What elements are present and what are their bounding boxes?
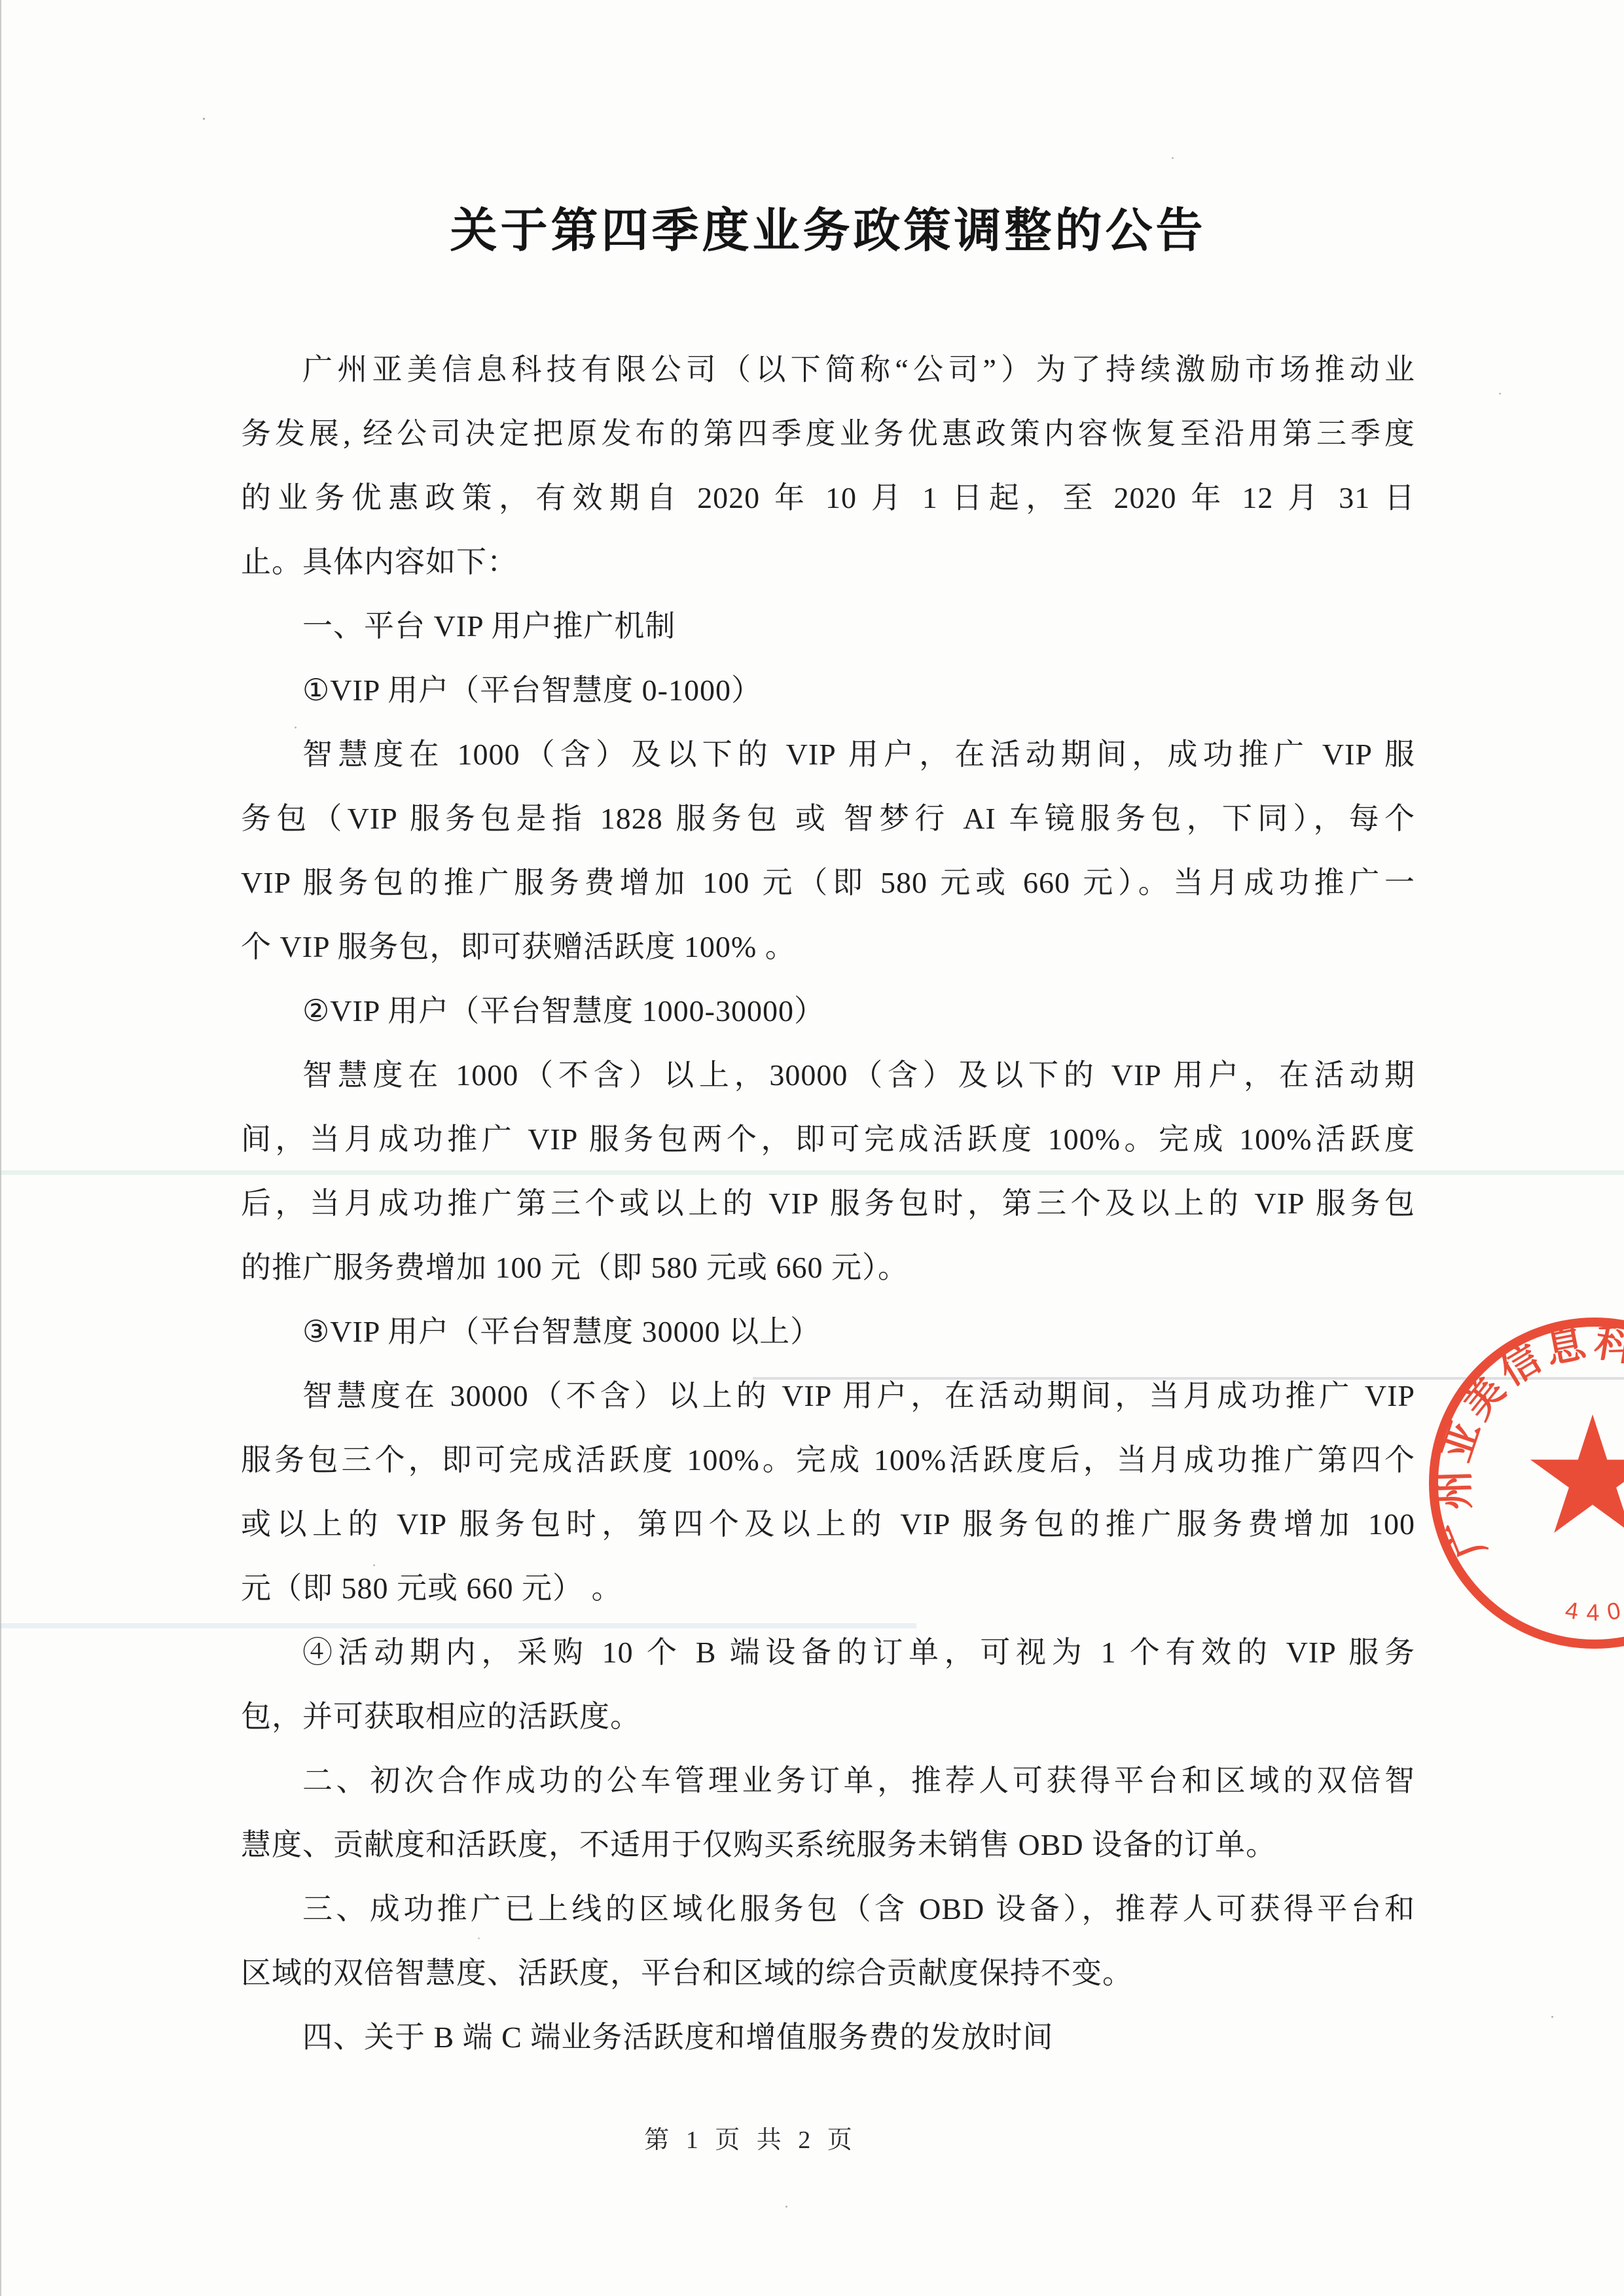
- text-line: ①VIP 用户（平台智慧度 0-1000）: [241, 658, 1415, 723]
- page-number: 第 1 页 共 2 页: [164, 2125, 1338, 2156]
- text-line: VIP 服务包的推广服务费增加 100 元（即 580 元或 660 元）。当月…: [241, 851, 1415, 915]
- company-seal-stamp: 广州亚美信息科技有限公司 440101: [1427, 1312, 1624, 1653]
- scan-speck-artifacts: [203, 118, 205, 120]
- text-line: 区域的双倍智慧度、活跃度，平台和区域的综合贡献度保持不变。: [241, 1941, 1415, 2005]
- text-line: 广州亚美信息科技有限公司（以下简称“公司”）为了持续激励市场推动业: [241, 338, 1415, 402]
- text-line: 元（即 580 元或 660 元） 。: [241, 1556, 1415, 1621]
- text-line: 四、关于 B 端 C 端业务活跃度和增值服务费的发放时间: [241, 2005, 1415, 2070]
- seal-star-icon: [1530, 1414, 1624, 1533]
- text-line: 的业务优惠政策，有效期自 2020 年 10 月 1 日起，至 2020 年 1…: [241, 466, 1415, 530]
- text-line: 个 VIP 服务包，即可获赠活跃度 100% 。: [241, 915, 1415, 979]
- text-line: 智慧度在 1000（含）及以下的 VIP 用户，在活动期间，成功推广 VIP 服: [241, 723, 1415, 787]
- text-line: 或以上的 VIP 服务包时，第四个及以上的 VIP 服务包的推广服务费增加 10…: [241, 1492, 1415, 1556]
- document-body: 广州亚美信息科技有限公司（以下简称“公司”）为了持续激励市场推动业务发展, 经公…: [241, 338, 1415, 2070]
- text-line: 间，当月成功推广 VIP 服务包两个，即可完成活跃度 100%。完成 100%活…: [241, 1107, 1415, 1172]
- scan-edge-artifact: [0, 0, 1, 2296]
- text-line: 智慧度在 1000（不含）以上，30000（含）及以下的 VIP 用户，在活动期: [241, 1043, 1415, 1107]
- page-title: 关于第四季度业务政策调整的公告: [241, 204, 1415, 258]
- text-line: ④活动期内，采购 10 个 B 端设备的订单，可视为 1 个有效的 VIP 服务: [241, 1621, 1415, 1685]
- text-line: 包，并可获取相应的活跃度。: [241, 1685, 1415, 1749]
- text-line: ②VIP 用户（平台智慧度 1000-30000）: [241, 979, 1415, 1043]
- text-line: 三、成功推广已上线的区域化服务包（含 OBD 设备），推荐人可获得平台和: [241, 1877, 1415, 1941]
- text-line: 慧度、贡献度和活跃度，不适用于仅购买系统服务未销售 OBD 设备的订单。: [241, 1813, 1415, 1877]
- text-line: 后，当月成功推广第三个或以上的 VIP 服务包时，第三个及以上的 VIP 服务包: [241, 1172, 1415, 1236]
- text-line: 二、初次合作成功的公车管理业务订单，推荐人可获得平台和区域的双倍智: [241, 1749, 1415, 1813]
- text-line: 务发展, 经公司决定把原发布的第四季度业务优惠政策内容恢复至沿用第三季度: [241, 402, 1415, 466]
- text-line: 服务包三个，即可完成活跃度 100%。完成 100%活跃度后，当月成功推广第四个: [241, 1428, 1415, 1492]
- text-line: 一、平台 VIP 用户推广机制: [241, 594, 1415, 658]
- text-line: 的推广服务费增加 100 元（即 580 元或 660 元）。: [241, 1236, 1415, 1300]
- text-line: 止。具体内容如下：: [241, 530, 1415, 594]
- scanned-document-page: 关于第四季度业务政策调整的公告 广州亚美信息科技有限公司（以下简称“公司”）为了…: [0, 0, 1624, 2296]
- text-line: 智慧度在 30000（不含）以上的 VIP 用户，在活动期间，当月成功推广 VI…: [241, 1364, 1415, 1428]
- seal-svg: 广州亚美信息科技有限公司 440101: [1427, 1312, 1624, 1653]
- text-line: 务包（VIP 服务包是指 1828 服务包 或 智梦行 AI 车镜服务包，下同）…: [241, 787, 1415, 851]
- text-line: ③VIP 用户（平台智慧度 30000 以上）: [241, 1300, 1415, 1364]
